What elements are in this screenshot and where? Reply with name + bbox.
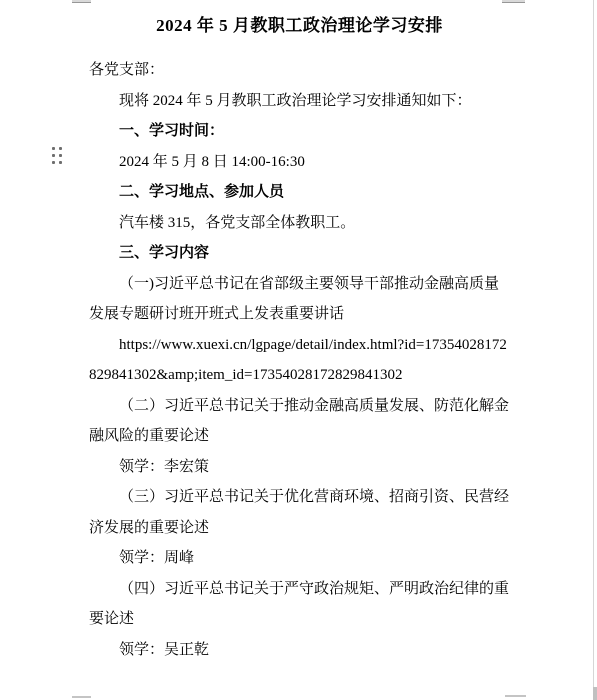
topic-2: （二）习近平总书记关于推动金融高质量发展、防范化解金融风险的重要论述 <box>89 391 510 452</box>
section-3-heading: 三、学习内容 <box>89 238 510 269</box>
location-participants: 汽车楼 315，各党支部全体教职工。 <box>89 208 510 239</box>
drag-handle-dot <box>52 147 55 150</box>
drag-handle-dot <box>52 154 55 157</box>
salutation: 各党支部： <box>89 55 510 86</box>
topic-4-leader: 领学：吴正乾 <box>89 635 510 666</box>
drag-handle-dot <box>52 161 55 164</box>
section-1-heading: 一、学习时间： <box>89 116 510 147</box>
study-url: https://www.xuexi.cn/lgpage/detail/index… <box>89 330 510 391</box>
selection-handle-bottom-right[interactable] <box>505 695 526 697</box>
topic-3: （三）习近平总书记关于优化营商环境、招商引资、民营经济发展的重要论述 <box>89 482 510 543</box>
drag-handle-dot <box>59 154 62 157</box>
study-time: 2024 年 5 月 8 日 14:00-16:30 <box>89 147 510 178</box>
selection-handle-top-right[interactable] <box>502 0 525 3</box>
drag-handle-icon[interactable] <box>52 147 62 164</box>
drag-handle-dot <box>59 147 62 150</box>
drag-handle-dot <box>59 161 62 164</box>
page-edge-line <box>593 0 594 700</box>
selection-handle-top-left[interactable] <box>72 0 91 3</box>
selection-handle-bottom-left[interactable] <box>72 696 91 698</box>
topic-3-leader: 领学：周峰 <box>89 543 510 574</box>
topic-4: （四）习近平总书记关于严守政治规矩、严明政治纪律的重要论述 <box>89 574 510 635</box>
scrollbar-thumb[interactable] <box>593 687 597 700</box>
topic-2-leader: 领学：李宏策 <box>89 452 510 483</box>
document-title: 2024 年 5 月教职工政治理论学习安排 <box>89 10 510 39</box>
document-page: 2024 年 5 月教职工政治理论学习安排 各党支部： 现将 2024 年 5 … <box>89 10 510 665</box>
section-2-heading: 二、学习地点、参加人员 <box>89 177 510 208</box>
intro-line: 现将 2024 年 5 月教职工政治理论学习安排通知如下： <box>89 86 510 117</box>
topic-1: （一)习近平总书记在省部级主要领导干部推动金融高质量发展专题研讨班开班式上发表重… <box>89 269 510 330</box>
